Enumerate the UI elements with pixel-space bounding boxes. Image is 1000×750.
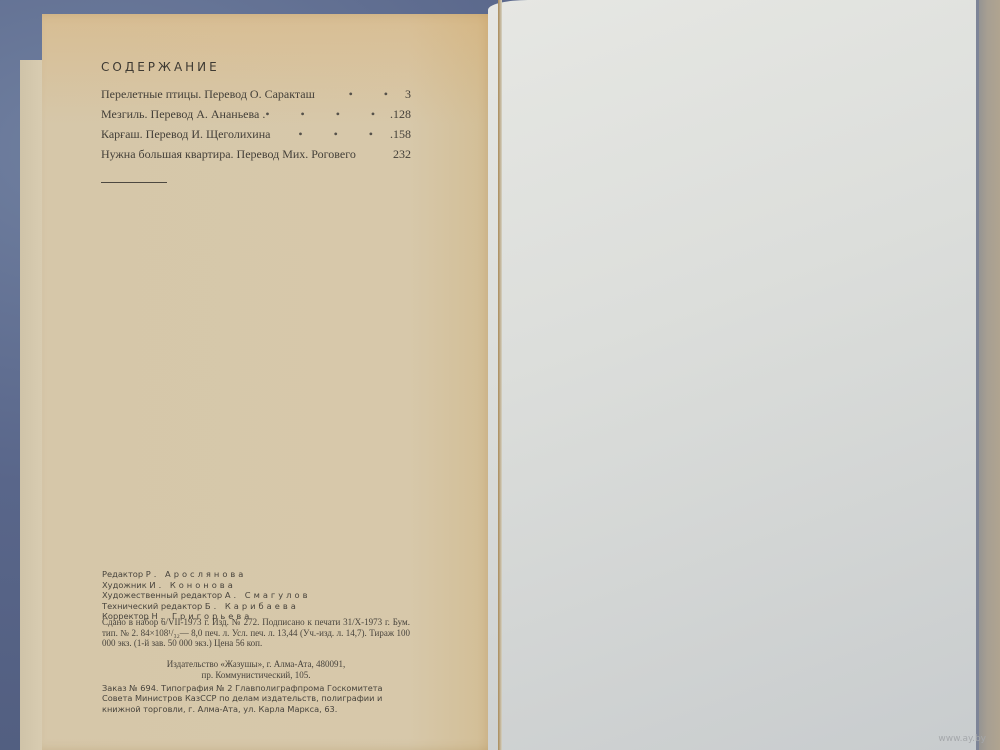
toc-heading: СОДЕРЖАНИЕ — [101, 60, 220, 74]
toc-entry-title: Мезгиль. Перевод А. Ананьева . — [101, 104, 265, 124]
credit-line: Художественный редактор А. Смагулов — [102, 590, 310, 601]
credit-line: Технический редактор Б. Карибаева — [102, 601, 310, 612]
book-gutter — [498, 0, 502, 750]
credits-block: Редактор Р. Арослянова Художник И. Конон… — [102, 569, 310, 622]
credit-role: Художник — [102, 580, 147, 590]
watermark-text: www.ay.by — [938, 734, 986, 744]
table-of-contents: Перелетные птицы. Перевод О. Саракташ • … — [101, 84, 411, 164]
publisher-line: Издательство «Жазушы», г. Алма-Ата, 4800… — [102, 659, 410, 670]
toc-entry: Карғаш. Перевод И. Щеголихина • • • .158 — [101, 124, 411, 144]
toc-leader — [356, 144, 393, 164]
right-page-blank — [488, 0, 976, 750]
toc-entry-title: Перелетные птицы. Перевод О. Саракташ — [101, 84, 315, 104]
toc-leader: • • — [315, 84, 405, 104]
publisher-line: пр. Коммунистический, 105. — [102, 670, 410, 681]
toc-entry-page: .158 — [390, 124, 411, 144]
toc-entry: Мезгиль. Перевод А. Ананьева . • • • • .… — [101, 104, 411, 124]
order-text: Заказ № 694. Типография № 2 Главполиграф… — [102, 683, 383, 714]
printing-details: Сдано в набор 6/VII-1973 г. Изд. № 272. … — [102, 617, 410, 649]
toc-entry: Перелетные птицы. Перевод О. Саракташ • … — [101, 84, 411, 104]
toc-entry-title: Карғаш. Перевод И. Щеголихина — [101, 124, 270, 144]
toc-entry: Нужна большая квартира. Перевод Мих. Рог… — [101, 144, 411, 164]
credit-line: Художник И. Кононова — [102, 580, 310, 591]
toc-leader: • • • • — [265, 104, 390, 124]
publisher-address: Издательство «Жазушы», г. Алма-Ата, 4800… — [102, 659, 410, 680]
toc-entry-title: Нужна большая квартира. Перевод Мих. Рог… — [101, 144, 356, 164]
toc-leader: • • • — [270, 124, 390, 144]
credit-name: А. Смагулов — [225, 590, 311, 600]
toc-entry-page: 232 — [393, 144, 411, 164]
credit-name: Б. Карибаева — [205, 601, 299, 611]
credit-line: Редактор Р. Арослянова — [102, 569, 310, 580]
credit-role: Редактор — [102, 569, 143, 579]
imprint-text: Сдано в набор 6/VII-1973 г. Изд. № 272. … — [102, 617, 410, 649]
credit-name: Р. Арослянова — [146, 569, 247, 579]
print-order-info: Заказ № 694. Типография № 2 Главполиграф… — [102, 683, 410, 714]
toc-entry-page: .128 — [390, 104, 411, 124]
toc-entry-page: 3 — [405, 84, 411, 104]
credit-role: Технический редактор — [102, 601, 202, 611]
credit-name: И. Кононова — [149, 580, 235, 590]
toc-divider-rule — [101, 182, 167, 183]
credit-role: Художественный редактор — [102, 590, 222, 600]
